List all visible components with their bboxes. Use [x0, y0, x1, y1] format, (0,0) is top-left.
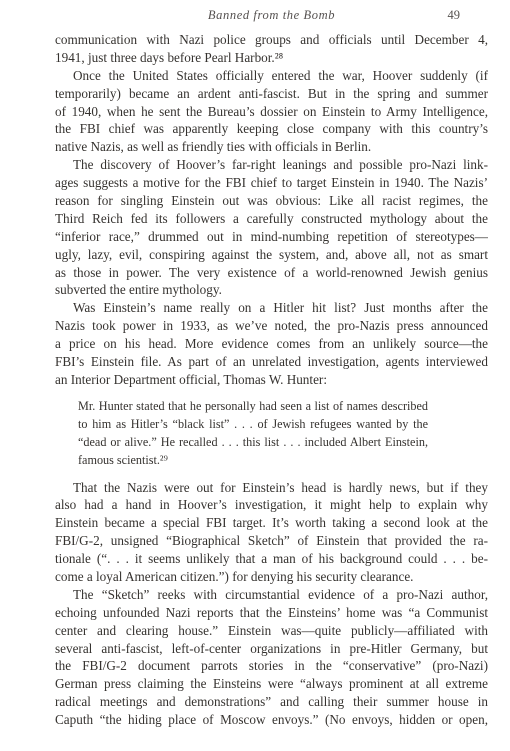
text-line: communication with Nazi police groups an… [55, 31, 488, 49]
text-line: also had a hand in Hoover’s investigatio… [55, 496, 488, 514]
text-line: an Interior Department official, Thomas … [55, 371, 488, 389]
text-line: Was Einstein’s name really on a Hitler h… [55, 299, 488, 317]
running-header: Banned from the Bomb 49 [55, 8, 488, 24]
quote-line: to him as Hitler’s “black list” . . . of… [78, 415, 428, 433]
paragraph: That the Nazis were out for Einstein’s h… [55, 479, 488, 586]
text-line: radical meetings and demonstrations” and… [55, 693, 488, 711]
text-line: the FBI chief was apparently keeping clo… [55, 120, 488, 138]
text-line: a price on his head. More evidence comes… [55, 335, 488, 353]
text-line: the FBI/G-2 document parrots stories in … [55, 657, 488, 675]
running-header-title: Banned from the Bomb [55, 8, 488, 23]
text-line: as those in power. The very existence of… [55, 264, 488, 282]
quote-line: “dead or alive.” He recalled . . . this … [78, 433, 428, 451]
text-line: Once the United States officially entere… [55, 67, 488, 85]
text-line: The discovery of Hoover’s far-right lean… [55, 156, 488, 174]
text-line: echoing unfounded Nazi reports that the … [55, 604, 488, 622]
page-number: 49 [448, 8, 461, 23]
page-body: communication with Nazi police groups an… [55, 31, 488, 729]
text-line: Third Reich fed its followers a carefull… [55, 210, 488, 228]
text-line: Nazis took power in 1933, as we’ve noted… [55, 317, 488, 335]
text-line: “inferior race,” drummed out in mind-num… [55, 228, 488, 246]
text-line: reason for singling Einstein out was obv… [55, 192, 488, 210]
paragraph: The “Sketch” reeks with circumstantial e… [55, 586, 488, 729]
paragraph: Once the United States officially entere… [55, 67, 488, 156]
paragraph: The discovery of Hoover’s far-right lean… [55, 156, 488, 299]
paragraph: communication with Nazi police groups an… [55, 31, 488, 67]
text-line: German press claiming the Einsteins were… [55, 675, 488, 693]
text-line: 1941, just three days before Pearl Harbo… [55, 49, 488, 67]
text-line: native Nazis, as well as friendly ties w… [55, 138, 488, 156]
text-line: tionale (“. . . it seems unlikely that a… [55, 550, 488, 568]
block-quote: Mr. Hunter stated that he personally had… [78, 397, 428, 470]
text-line: ugly, lazy, evil, conspiring against the… [55, 246, 488, 264]
text-line: Caputh “the hiding place of Moscow envoy… [55, 711, 488, 729]
quote-line: Mr. Hunter stated that he personally had… [78, 397, 428, 415]
book-page: Banned from the Bomb 49 communication wi… [0, 0, 510, 751]
text-line: subverted the entire mythology. [55, 281, 488, 299]
text-line: The “Sketch” reeks with circumstantial e… [55, 586, 488, 604]
text-line: several anti-fascist, left-of-center org… [55, 640, 488, 658]
text-line: FBI’s Einstein file. As part of an unrel… [55, 353, 488, 371]
text-line: center and clearing house.” Einstein was… [55, 622, 488, 640]
text-line: That the Nazis were out for Einstein’s h… [55, 479, 488, 497]
text-line: come a loyal American citizen.”) for den… [55, 568, 488, 586]
paragraph: Was Einstein’s name really on a Hitler h… [55, 299, 488, 388]
text-line: Einstein became a special FBI target. It… [55, 514, 488, 532]
text-line: FBI/G-2, unsigned “Biographical Sketch” … [55, 532, 488, 550]
text-line: of 1940, when he sent the Bureau’s dossi… [55, 103, 488, 121]
quote-line: famous scientist.²⁹ [78, 451, 428, 469]
text-line: ages suggests a motive for the FBI chief… [55, 174, 488, 192]
text-line: temporarily) became an ardent anti-fasci… [55, 85, 488, 103]
